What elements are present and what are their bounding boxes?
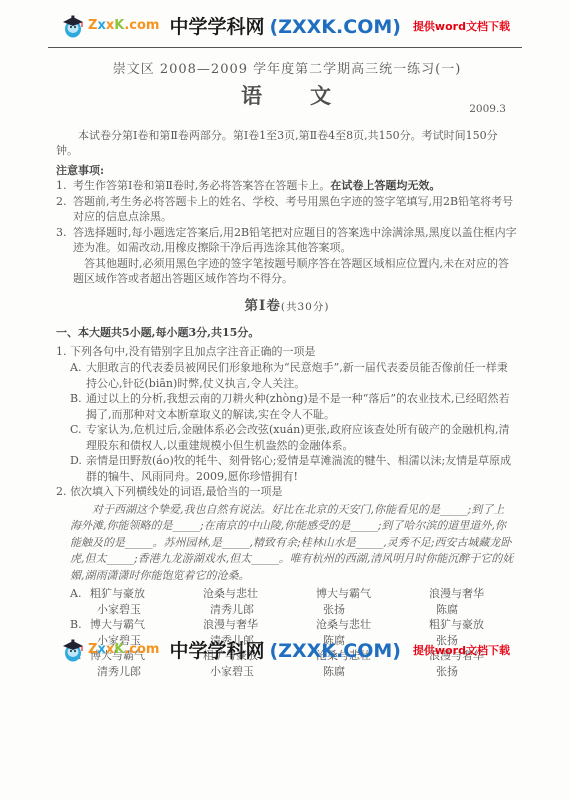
q2-passage: 对于西湖这个挚爱,我也自然有说法。好比在北京的天安门,你能看见的是_____;到…	[56, 501, 518, 587]
notice-number: 2.	[56, 194, 67, 210]
word-download-tagline: 提供word文档下载	[413, 642, 510, 658]
option-word: 陈腐	[316, 664, 429, 680]
word-download-tagline: 提供word文档下载	[413, 18, 510, 34]
logo-letter: x	[106, 642, 114, 657]
logo-letter: x	[97, 18, 105, 33]
site-header: ZxxK.com 中学学科网 (ZXXK.COM) 提供word文档下载	[0, 0, 570, 39]
option-word: 清秀儿郎	[203, 602, 316, 618]
q2-options: A. 粗犷与豪放 沧桑与悲壮 博大与霸气 浪漫与奢华 A. 小家碧玉 清秀儿郎 …	[56, 586, 518, 679]
exam-intro: 本试卷分第Ⅰ卷和第Ⅱ卷两部分。第Ⅰ卷1至3页,第Ⅱ卷4至8页,共150分。考试时…	[56, 128, 518, 159]
q2-option-a-row1: A. 粗犷与豪放 沧桑与悲壮 博大与霸气 浪漫与奢华	[70, 586, 518, 602]
part-one-title: 第Ⅰ卷(共30分)	[56, 299, 518, 316]
part-one-score: (共30分)	[281, 301, 330, 313]
q1-option-d: D.亲情是田野敖(áo)牧的牦牛、刻骨铭心;爱情是草滩湍流的犍牛、相濡以沫;友情…	[56, 453, 518, 484]
option-word: 张扬	[316, 602, 429, 618]
option-word: 浪漫与奢华	[429, 586, 542, 602]
notice-number: 3.	[56, 225, 67, 241]
option-word: 浪漫与奢华	[203, 617, 316, 633]
option-word: 小家碧玉	[203, 664, 316, 680]
q1-option-c: C.专家认为,危机过后,金融体系必会改弦(xuán)更张,政府应该查处所有破产的…	[56, 422, 518, 453]
site-domain: (ZXXK.COM)	[270, 640, 401, 662]
section-one-title: 一、本大题共5小题,每小题3分,共15分。	[56, 325, 518, 341]
logo-letter: x	[97, 642, 105, 657]
site-name: 中学学科网	[169, 640, 264, 662]
notice-text: 考生作答第Ⅰ卷和第Ⅱ卷时,务必将答案答在答题卡上。	[73, 179, 330, 192]
option-text: 专家认为,危机过后,金融体系必会改弦(xuán)更张,政府应该查处所有破产的金融…	[86, 423, 510, 452]
option-label: A.	[70, 586, 90, 602]
logo-letter: K	[114, 18, 124, 33]
option-word: 博大与霸气	[316, 586, 429, 602]
part-one-name: 第Ⅰ卷	[245, 298, 281, 314]
subject-title: 语 文	[241, 83, 333, 108]
logo-letter: x	[106, 18, 114, 33]
question-1-stem: 1. 下列各句中,没有错别字且加点字注音正确的一项是	[56, 344, 518, 360]
site-name: 中学学科网	[169, 16, 264, 38]
exam-date: 2009.3	[469, 102, 506, 118]
q1-option-a: A.大胆敢言的代表委员被网民们形象地称为“民意炮手”,新一届代表委员能否像前任一…	[56, 360, 518, 391]
zxxk-logo: ZxxK.com	[60, 637, 159, 663]
notice-item-1: 1.考生作答第Ⅰ卷和第Ⅱ卷时,务必将答案答在答题卡上。在试卷上答题均无效。	[56, 178, 518, 194]
option-text: 亲情是田野敖(áo)牧的牦牛、刻骨铭心;爱情是草滩湍流的犍牛、相濡以沫;友情是草…	[86, 454, 511, 483]
exam-body: 崇文区 2008—2009 学年度第二学期高三统一练习(一) 语 文 2009.…	[0, 48, 570, 679]
option-word: 清秀儿郎	[90, 664, 203, 680]
option-label: D.	[70, 453, 82, 469]
option-label: B.	[70, 391, 82, 407]
option-word: 博大与霸气	[90, 617, 203, 633]
zxxk-mascot-icon	[60, 13, 86, 39]
notice-item-2: 2.答题前,考生务必将答题卡上的姓名、学校、考号用黑色字迹的签字笔填写,用2B铅…	[56, 194, 518, 225]
notice-bold-text: 在试卷上答题均无效。	[330, 179, 440, 192]
scanned-exam-page: ZxxK.com 中学学科网 (ZXXK.COM) 提供word文档下载 崇文区…	[0, 0, 570, 800]
notice-number: 1.	[56, 178, 67, 194]
notice-title: 注意事项:	[56, 163, 518, 179]
logo-letter: .com	[124, 642, 159, 657]
option-word: 粗犷与豪放	[90, 586, 203, 602]
logo-letter: K	[114, 642, 124, 657]
option-label: B.	[70, 617, 90, 633]
q2-option-a-row2: A. 小家碧玉 清秀儿郎 张扬 陈腐	[70, 602, 518, 618]
notice-text: 答选择题时,每小题选定答案后,用2B铅笔把对应题目的答案选中涂满涂黑,黑度以盖住…	[73, 226, 517, 255]
notice-item-3: 3.答选择题时,每小题选定答案后,用2B铅笔把对应题目的答案选中涂满涂黑,黑度以…	[56, 225, 518, 256]
option-word: 小家碧玉	[90, 602, 203, 618]
option-label: C.	[70, 422, 82, 438]
option-word: 粗犷与豪放	[429, 617, 542, 633]
option-text: 大胆敢言的代表委员被网民们形象地称为“民意炮手”,新一届代表委员能否像前任一样秉…	[86, 361, 508, 390]
notice-text: 答题前,考生务必将答题卡上的姓名、学校、考号用黑色字迹的签字笔填写,用2B铅笔将…	[73, 195, 513, 224]
option-word: 陈腐	[429, 602, 542, 618]
site-footer: ZxxK.com 中学学科网 (ZXXK.COM) 提供word文档下载	[0, 636, 570, 663]
option-label: A.	[70, 360, 81, 376]
zxxk-mascot-icon	[60, 637, 86, 663]
q1-option-b: B.通过以上的分析,我想云南的刀耕火种(zhòng)是不是一种“落后”的农业技术…	[56, 391, 518, 422]
logo-letter: .com	[124, 18, 159, 33]
exam-title-line: 崇文区 2008—2009 学年度第二学期高三统一练习(一)	[56, 62, 518, 78]
notice-extra: 答其他题时,必须用黑色字迹的签字笔按题号顺序答在答题区域相应位置内,未在对应的答…	[56, 256, 518, 287]
option-word: 张扬	[429, 664, 542, 680]
question-2-stem: 2. 依次填入下列横线处的词语,最恰当的一项是	[56, 484, 518, 500]
option-word: 沧桑与悲壮	[203, 586, 316, 602]
zxxk-logo: ZxxK.com	[60, 13, 159, 39]
subject-row: 语 文 2009.3	[56, 88, 518, 118]
q2-option-c-row2: C. 清秀儿郎 小家碧玉 陈腐 张扬	[70, 664, 518, 680]
option-text: 通过以上的分析,我想云南的刀耕火种(zhòng)是不是一种“落后”的农业技术,已…	[86, 392, 509, 421]
site-domain: (ZXXK.COM)	[270, 16, 401, 38]
q2-option-b-row1: B. 博大与霸气 浪漫与奢华 沧桑与悲壮 粗犷与豪放	[70, 617, 518, 633]
option-word: 沧桑与悲壮	[316, 617, 429, 633]
